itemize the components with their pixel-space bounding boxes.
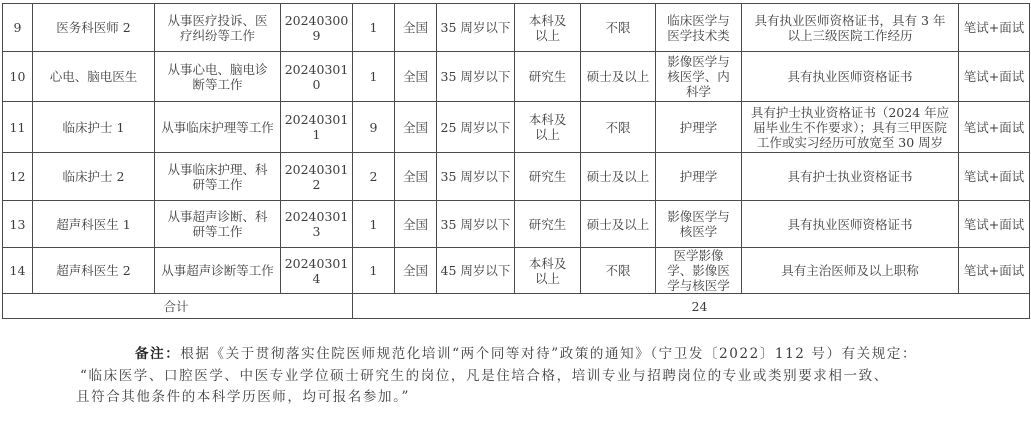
row-number: 11 (3, 102, 33, 153)
note-label: 备注： (135, 346, 180, 362)
other-requirements: 具有执业医师资格证书 (742, 52, 959, 102)
degree-requirement: 硕士及以上 (581, 201, 656, 248)
position-duties: 从事医疗投诉、医疗纠纷等工作 (155, 4, 281, 52)
recruitment-positions-table: 9 医务科医师 2 从事医疗投诉、医疗纠纷等工作 202403009 1 全国 … (2, 3, 1030, 319)
education-requirement: 研究生 (515, 52, 581, 102)
note-line-2: “临床医学、口腔医学、中医专业学位硕士研究生的岗位，凡是住培合格，培训专业与招聘… (76, 366, 1016, 388)
position-duties: 从事心电、脑电诊断等工作 (155, 52, 281, 102)
total-row: 合计 24 (3, 294, 1030, 319)
position-duties: 从事临床护理、科研等工作 (155, 153, 281, 201)
recruitment-table-container: 9 医务科医师 2 从事医疗投诉、医疗纠纷等工作 202403009 1 全国 … (2, 3, 1030, 319)
hiring-count: 9 (353, 102, 395, 153)
age-requirement: 35 周岁以下 (437, 4, 515, 52)
education-requirement: 研究生 (515, 201, 581, 248)
table-row: 12 临床护士 2 从事临床护理、科研等工作 202403012 2 全国 35… (3, 153, 1030, 201)
recruit-scope: 全国 (395, 102, 437, 153)
position-name: 超声科医生 1 (33, 201, 155, 248)
position-name: 临床护士 1 (33, 102, 155, 153)
position-name: 超声科医生 2 (33, 248, 155, 294)
note-line-1: 备注：根据《关于贯彻落实住院医师规范化培训“两个同等对待”政策的通知》（宁卫发〔… (76, 344, 1016, 366)
major-requirement: 护理学 (656, 102, 742, 153)
hiring-count: 1 (353, 248, 395, 294)
position-name: 临床护士 2 (33, 153, 155, 201)
position-code: 202403014 (281, 248, 353, 294)
note-line-3: 且符合其他条件的本科学历医师，均可报名参加。” (76, 387, 1016, 409)
table-row: 10 心电、脑电医生 从事心电、脑电诊断等工作 202403010 1 全国 3… (3, 52, 1030, 102)
exam-method: 笔试+面试 (959, 52, 1030, 102)
age-requirement: 25 周岁以下 (437, 102, 515, 153)
position-duties: 从事超声诊断、科研等工作 (155, 201, 281, 248)
exam-method: 笔试+面试 (959, 4, 1030, 52)
recruit-scope: 全国 (395, 248, 437, 294)
education-requirement: 研究生 (515, 153, 581, 201)
exam-method: 笔试+面试 (959, 201, 1030, 248)
degree-requirement: 硕士及以上 (581, 52, 656, 102)
remarks-note: 备注：根据《关于贯彻落实住院医师规范化培训“两个同等对待”政策的通知》（宁卫发〔… (76, 344, 1016, 409)
major-requirement: 护理学 (656, 153, 742, 201)
position-code: 202403011 (281, 102, 353, 153)
other-requirements: 具有主治医师及以上职称 (742, 248, 959, 294)
age-requirement: 35 周岁以下 (437, 52, 515, 102)
other-requirements: 具有护士执业资格证书 (742, 153, 959, 201)
age-requirement: 45 周岁以下 (437, 248, 515, 294)
recruit-scope: 全国 (395, 52, 437, 102)
note-text-1: 根据《关于贯彻落实住院医师规范化培训“两个同等对待”政策的通知》（宁卫发〔202… (180, 346, 917, 362)
recruit-scope: 全国 (395, 201, 437, 248)
age-requirement: 35 周岁以下 (437, 201, 515, 248)
degree-requirement: 不限 (581, 4, 656, 52)
position-code: 202403012 (281, 153, 353, 201)
degree-requirement: 不限 (581, 248, 656, 294)
row-number: 13 (3, 201, 33, 248)
table-row: 13 超声科医生 1 从事超声诊断、科研等工作 202403013 1 全国 3… (3, 201, 1030, 248)
position-code: 202403010 (281, 52, 353, 102)
table-row: 14 超声科医生 2 从事超声诊断等工作 202403014 1 全国 45 周… (3, 248, 1030, 294)
hiring-count: 1 (353, 201, 395, 248)
row-number: 10 (3, 52, 33, 102)
degree-requirement: 不限 (581, 102, 656, 153)
row-number: 9 (3, 4, 33, 52)
position-duties: 从事临床护理等工作 (155, 102, 281, 153)
total-label: 合计 (3, 294, 353, 319)
exam-method: 笔试+面试 (959, 248, 1030, 294)
hiring-count: 1 (353, 52, 395, 102)
degree-requirement: 硕士及以上 (581, 153, 656, 201)
table-row: 9 医务科医师 2 从事医疗投诉、医疗纠纷等工作 202403009 1 全国 … (3, 4, 1030, 52)
hiring-count: 1 (353, 4, 395, 52)
age-requirement: 35 周岁以下 (437, 153, 515, 201)
position-name: 医务科医师 2 (33, 4, 155, 52)
major-requirement: 临床医学与医学技术类 (656, 4, 742, 52)
major-requirement: 影像医学与核医学 (656, 201, 742, 248)
education-requirement: 本科及以上 (515, 4, 581, 52)
other-requirements: 具有护士执业资格证书（2024 年应届毕业生不作要求）；具有三甲医院工作或实习经… (742, 102, 959, 153)
hiring-count: 2 (353, 153, 395, 201)
major-requirement: 影像医学与核医学、内科学 (656, 52, 742, 102)
education-requirement: 本科及以上 (515, 248, 581, 294)
exam-method: 笔试+面试 (959, 153, 1030, 201)
total-value: 24 (353, 294, 1030, 319)
position-code: 202403013 (281, 201, 353, 248)
education-requirement: 本科及以上 (515, 102, 581, 153)
exam-method: 笔试+面试 (959, 102, 1030, 153)
position-code: 202403009 (281, 4, 353, 52)
row-number: 14 (3, 248, 33, 294)
other-requirements: 具有执业医师资格证书，具有 3 年以上三级医院工作经历 (742, 4, 959, 52)
other-requirements: 具有执业医师资格证书 (742, 201, 959, 248)
recruit-scope: 全国 (395, 153, 437, 201)
row-number: 12 (3, 153, 33, 201)
position-duties: 从事超声诊断等工作 (155, 248, 281, 294)
recruit-scope: 全国 (395, 4, 437, 52)
table-row: 11 临床护士 1 从事临床护理等工作 202403011 9 全国 25 周岁… (3, 102, 1030, 153)
position-name: 心电、脑电医生 (33, 52, 155, 102)
major-requirement: 医学影像学、影像医学与核医学 (656, 248, 742, 294)
